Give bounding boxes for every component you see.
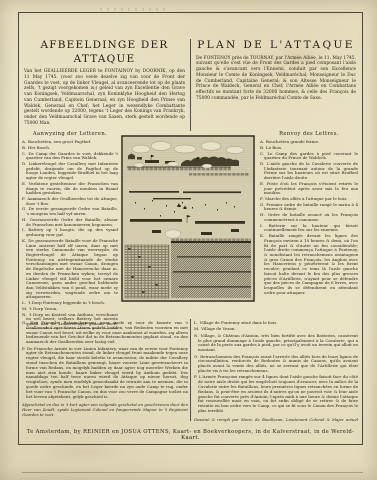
legend-item: H. Geavanceerde Ordre der Bataille, alwa… [22, 218, 118, 227]
legend-item-text: De Camp der Guardes te voet, dekkende 't… [26, 151, 118, 161]
legend-item-key: I. [260, 223, 263, 228]
note-item: O. Het Fransche Retranchement, waar mede… [22, 321, 188, 345]
column-divider-bottom [190, 319, 191, 421]
legend-item: I. Batterie sur la hauteur qui faisoit c… [260, 224, 358, 233]
legend-item-text: Het Bosch. [28, 145, 50, 150]
note-item: L. Village de Fontenoy situé dans le boi… [194, 321, 358, 326]
broadsheet-page: AFBEELDINGE DER ATTAQUE Van het GEALLIEE… [0, 0, 377, 480]
notes-items-dutch: O. Het Fransche Retranchement, waar mede… [22, 321, 188, 399]
note-item-text: L'Armée Françoise rangée sur 4 lignes do… [198, 374, 358, 413]
legend-heading-french: Renvoy des Lettres. [260, 131, 358, 137]
legend-item: C. Le Camp des gardes à pied couvrant le… [260, 152, 358, 161]
legend-item: K. De geavanceerde Bataille voor de Fran… [22, 239, 118, 300]
note-item: O. Retranchemens des François avant l'ar… [194, 355, 358, 374]
note-item-text: De Fransche Armée in vier Linien Infante… [26, 346, 188, 399]
french-line-first [127, 167, 231, 170]
legend-item-key: B. [22, 145, 27, 150]
legend-item: G. De eerste gerangeerde Ordre van Batai… [22, 207, 118, 216]
note-item-key: L. [194, 321, 198, 325]
page-title-dutch: AFBEELDINGE DER ATTAQUE [24, 39, 185, 66]
legend-item-text: Linkervleugel der Cavallery met Infanter… [26, 161, 118, 180]
legend-item: E. Verlatene gesteltenisse der Franschen… [22, 182, 118, 196]
legend-item-key: L. [22, 300, 26, 305]
plate-mark-edge [22, 472, 363, 473]
note-item-text: Village de Vezon. [201, 326, 236, 331]
legend-item-text: Le Camp des gardes à pied couvrant le qu… [264, 151, 358, 161]
note-item-text: Retranchemens des François avant l'arriv… [198, 354, 358, 373]
legend-item-text: 't Dorp Vezon. [29, 306, 58, 311]
note-item: M. Village de Vezon. [194, 327, 358, 332]
legend-item-key: A. [22, 139, 27, 144]
battle-engraving-svg [121, 135, 255, 302]
legend-item: I. Battery op 't hoogte, die op den vyan… [22, 228, 118, 237]
publisher-imprint: Te Amsterdam, by REINIER en JOSUA OTTENS… [19, 429, 362, 441]
title-block-french: PLAN DE L'ATTAQUE De FONTENOY près de TO… [196, 13, 356, 101]
battle-engraving [121, 135, 255, 302]
infantry-mass [171, 243, 251, 298]
note-item-text: Village de Fontenoy situé dans le bois. [200, 321, 278, 325]
legend-item-key: A. [260, 139, 265, 144]
attribution-dutch: Afgeschetst en dus in 't kort agter een … [22, 403, 188, 417]
legend-items-dutch: A. Bouchetten, een groot Pagthof. B. Het… [22, 140, 118, 329]
plate-number-smudge [100, 8, 170, 11]
notes-column-dutch: O. Het Fransche Retranchement, waar mede… [22, 321, 188, 422]
legend-item-text: Bouchetten, een groot Pagthof. [28, 139, 91, 144]
legend-item-text: Le Bois. [266, 145, 282, 150]
column-divider-top [190, 39, 191, 131]
legend-item-text: Bouchetten grande ferme. [266, 139, 319, 144]
legend-item-text: Geavanceerde Ordre der Bataille, alwaar … [26, 217, 118, 227]
legend-column-french: Renvoy des Lettres. A. Bouchetten grande… [260, 131, 358, 329]
legend-item-text: Ordre de bataille avancé où les François… [264, 212, 358, 222]
legend-item: K. Bataille rangée devant les lignes des… [260, 234, 358, 295]
note-item: P. De Fransche Armée in vier Linien Infa… [22, 347, 188, 400]
legend-item-text: Aanmarsch der Geallieerden tot de Attaqu… [26, 196, 118, 206]
page-title-french: PLAN DE L'ATTAQUE [196, 39, 356, 53]
legend-item-text: Bataille rangée devant les lignes des Fr… [264, 233, 358, 295]
note-item: P. L'Armée Françoise rangée sur 4 lignes… [194, 375, 358, 413]
assault-smoke [165, 230, 181, 238]
french-line-second [189, 173, 249, 176]
plan-view-columns [125, 245, 169, 298]
note-item-text: Village, & Château d'Antoin, très bien f… [198, 333, 358, 352]
legend-item-text: Verlatene gesteltenisse der Franschen va… [26, 181, 118, 195]
legend-item-key: M. [22, 306, 28, 311]
notes-items-french: L. Village de Fontenoy situé dans le boi… [194, 321, 358, 414]
attribution-french: Dessiné & rempli par Mons. de Bouillezan… [194, 418, 358, 422]
note-item: N. Village, & Château d'Antoin, très bie… [194, 334, 358, 353]
notes-column-french: L. Village de Fontenoy situé dans le boi… [194, 321, 358, 422]
legend-item-text: L'aisle gauche de la Cavalerie couverte … [264, 161, 358, 180]
legend-column-dutch: Aanwyzing der Letteren. A. Bouchetten, e… [22, 131, 118, 329]
legend-item: H. Ordre de bataille avancé où les Franç… [260, 213, 358, 222]
legend-item: D. Linkervleugel der Cavallery met Infan… [22, 162, 118, 181]
title-body-dutch: Van het GEALLIEERDE LEGER te FONTAINOY b… [24, 69, 185, 126]
legend-item-text: Battery op 't hoogte, die op den vyand g… [26, 227, 118, 237]
note-item-key: M. [194, 326, 200, 331]
legend-item-text: Batterie sur la hauteur qui faisoit cont… [264, 223, 358, 233]
note-item-text: Het Fransche Retranchement, waar mede zy… [26, 321, 188, 344]
legend-item: F. Aanmarsch der Geallieerden tot de Att… [22, 197, 118, 206]
title-body-french: De FONTENOY près de TOURNAY, par l'Armée… [196, 56, 356, 102]
legend-item-text: Marche des alliés à l'attaque par le boi… [265, 196, 347, 201]
legend-item: G. Premier ordre de bataille rangé le ma… [260, 203, 358, 212]
legend-item: E. Poste d'où les François s'étoient ret… [260, 182, 358, 196]
legend-item-key: B. [260, 145, 265, 150]
legend-item-key: I. [22, 227, 25, 232]
legend-item: D. L'aisle gauche de la Cavalerie couver… [260, 162, 358, 181]
legend-item: C. De Camp der Guardes te voet, dekkende… [22, 152, 118, 161]
legend-item-text: 't Dorp Fontenoy leggende in 't bosch. [28, 300, 106, 305]
front-rank [171, 241, 251, 243]
legend-item-text: Poste d'où les François s'étoient retiré… [264, 181, 358, 195]
printed-border-frame: AFBEELDINGE DER ATTAQUE Van het GEALLIEE… [18, 12, 363, 445]
title-block-dutch: AFBEELDINGE DER ATTAQUE Van het GEALLIEE… [24, 13, 185, 126]
legend-items-french: A. Bouchetten grande ferme. B. Le Bois. … [260, 140, 358, 295]
legend-item-text: Premier ordre de bataille rangé le matin… [264, 202, 358, 212]
legend-heading-dutch: Aanwyzing der Letteren. [22, 131, 118, 137]
legend-item-text: De geavanceerde Bataille voor de Fransch… [26, 238, 118, 300]
legend-item-text: De eerste gerangeerde Ordre van Bataille… [26, 206, 118, 216]
legend-item-key: F. [260, 196, 264, 201]
